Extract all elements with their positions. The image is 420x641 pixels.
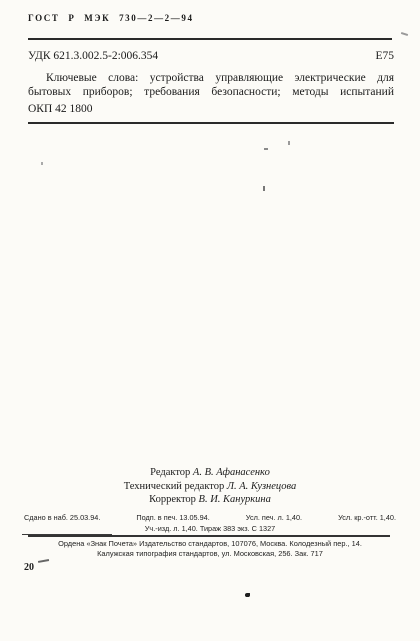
scan-artifact-tick [401,32,408,36]
editor-label: Технический редактор [124,481,225,492]
horizontal-rule-middle [28,122,394,124]
imprint-line-2: Уч.-изд. л. 1,40. Тираж 383 экз. С 1327 [24,524,396,533]
keywords-line-2: бытовых приборов; требования безопасност… [28,85,394,99]
publisher-line-2: Калужская типография стандартов, ул. Мос… [0,549,420,559]
udk-row: УДК 621.3.002.5-2:006.354 Е75 [28,50,394,62]
imprint-usl-kr: Усл. кр.-отт. 1,40. [338,513,396,522]
horizontal-rule-bottom-segment [22,534,112,536]
okp-code-line: ОКП 42 1800 [28,102,394,116]
horizontal-rule-bottom [28,535,390,537]
page-number: 20 [24,562,34,573]
udk-code: УДК 621.3.002.5-2:006.354 [28,50,158,62]
keywords-line-1: Ключевые слова: устройства управляющие э… [28,71,394,85]
scan-artifact-speck [263,186,265,191]
standard-designation-header: ГОСТ Р МЭК 730—2—2—94 [28,13,194,23]
imprint-block: Сдано в наб. 25.03.94. Подп. в печ. 13.0… [24,513,396,533]
imprint-line-1: Сдано в наб. 25.03.94. Подп. в печ. 13.0… [24,513,396,522]
scan-artifact-speck [41,162,43,165]
horizontal-rule-top [28,38,392,40]
scan-artifact-speck [264,148,268,150]
editor-label: Редактор [150,467,190,478]
imprint-usl-pech: Усл. печ. л. 1,40. [246,513,302,522]
imprint-podp: Подп. в печ. 13.05.94. [136,513,209,522]
document-page: ГОСТ Р МЭК 730—2—2—94 УДК 621.3.002.5-2:… [0,0,420,641]
keywords-paragraph: Ключевые слова: устройства управляющие э… [28,71,394,116]
scan-artifact-speck [288,141,290,145]
editor-name: В. И. Кануркина [199,494,271,505]
scan-artifact-dot [245,593,250,597]
editors-block: Редактор А. В. Афанасенко Технический ре… [0,466,420,507]
scan-artifact-dash [38,559,49,562]
editor-row: Технический редактор Л. А. Кузнецова [0,480,420,494]
catalog-code: Е75 [375,50,394,62]
publisher-line-1: Ордена «Знак Почета» Издательство станда… [0,539,420,549]
editor-label: Корректор [149,494,196,505]
editor-name: А. В. Афанасенко [193,467,270,478]
editor-row: Редактор А. В. Афанасенко [0,466,420,480]
editor-name: Л. А. Кузнецова [227,481,296,492]
editor-row: Корректор В. И. Кануркина [0,493,420,507]
publisher-block: Ордена «Знак Почета» Издательство станда… [0,539,420,558]
imprint-sdano: Сдано в наб. 25.03.94. [24,513,100,522]
